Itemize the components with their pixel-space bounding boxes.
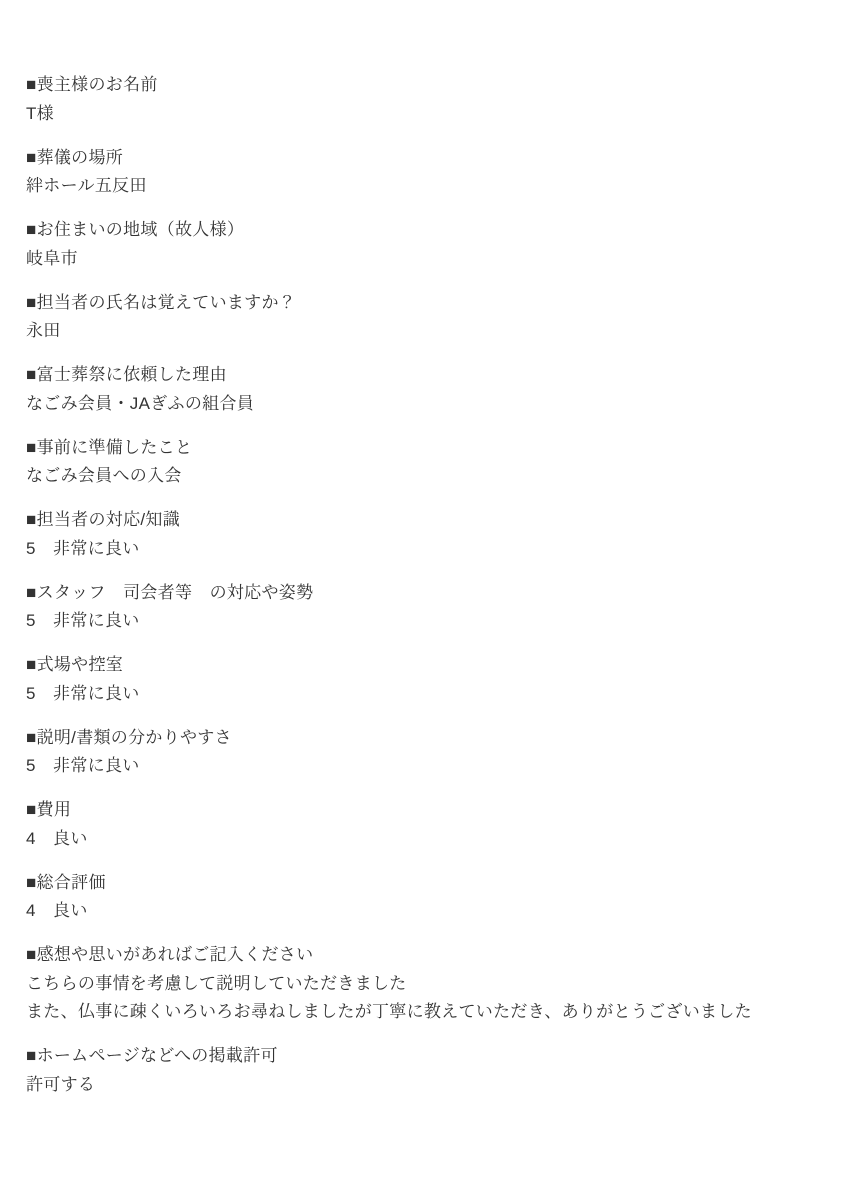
qa-block: ■感想や思いがあればご記入ください こちらの事情を考慮して説明していただきました… — [26, 941, 818, 1027]
answer-text: 許可する — [26, 1071, 818, 1100]
qa-block: ■説明/書類の分かりやすさ 5 非常に良い — [26, 724, 818, 781]
qa-block: ■総合評価 4 良い — [26, 869, 818, 926]
question-label: ■説明/書類の分かりやすさ — [26, 724, 818, 753]
question-label: ■総合評価 — [26, 869, 818, 898]
answer-text: こちらの事情を考慮して説明していただきました — [26, 970, 818, 999]
answer-text: 5 非常に良い — [26, 607, 818, 636]
answer-text: T様 — [26, 100, 818, 129]
answer-text: 5 非常に良い — [26, 752, 818, 781]
qa-block: ■ホームページなどへの掲載許可 許可する — [26, 1042, 818, 1099]
answer-text: 5 非常に良い — [26, 680, 818, 709]
survey-response-document: ■喪主様のお名前 T様 ■葬儀の場所 絆ホール五反田 ■お住まいの地域（故人様）… — [0, 0, 848, 1099]
answer-text: 永田 — [26, 317, 818, 346]
answer-text: 4 良い — [26, 897, 818, 926]
answer-text: また、仏事に疎くいろいろお尋ねしましたが丁寧に教えていただき、ありがとうございま… — [26, 998, 818, 1027]
question-label: ■ホームページなどへの掲載許可 — [26, 1042, 818, 1071]
question-label: ■感想や思いがあればご記入ください — [26, 941, 818, 970]
qa-block: ■担当者の氏名は覚えていますか？ 永田 — [26, 289, 818, 346]
answer-text: なごみ会員・JAぎふの組合員 — [26, 390, 818, 419]
qa-block: ■式場や控室 5 非常に良い — [26, 651, 818, 708]
qa-block: ■事前に準備したこと なごみ会員への入会 — [26, 434, 818, 491]
qa-block: ■担当者の対応/知識 5 非常に良い — [26, 506, 818, 563]
question-label: ■費用 — [26, 796, 818, 825]
answer-text: 絆ホール五反田 — [26, 172, 818, 201]
question-label: ■喪主様のお名前 — [26, 71, 818, 100]
answer-text: 4 良い — [26, 825, 818, 854]
question-label: ■スタッフ 司会者等 の対応や姿勢 — [26, 579, 818, 608]
qa-block: ■お住まいの地域（故人様） 岐阜市 — [26, 216, 818, 273]
question-label: ■事前に準備したこと — [26, 434, 818, 463]
qa-block: ■富士葬祭に依頼した理由 なごみ会員・JAぎふの組合員 — [26, 361, 818, 418]
qa-block: ■葬儀の場所 絆ホール五反田 — [26, 144, 818, 201]
answer-text: なごみ会員への入会 — [26, 462, 818, 491]
answer-text: 5 非常に良い — [26, 535, 818, 564]
qa-block: ■費用 4 良い — [26, 796, 818, 853]
qa-block: ■喪主様のお名前 T様 — [26, 71, 818, 128]
question-label: ■担当者の対応/知識 — [26, 506, 818, 535]
question-label: ■お住まいの地域（故人様） — [26, 216, 818, 245]
answer-text: 岐阜市 — [26, 245, 818, 274]
qa-block: ■スタッフ 司会者等 の対応や姿勢 5 非常に良い — [26, 579, 818, 636]
question-label: ■担当者の氏名は覚えていますか？ — [26, 289, 818, 318]
question-label: ■葬儀の場所 — [26, 144, 818, 173]
question-label: ■式場や控室 — [26, 651, 818, 680]
question-label: ■富士葬祭に依頼した理由 — [26, 361, 818, 390]
